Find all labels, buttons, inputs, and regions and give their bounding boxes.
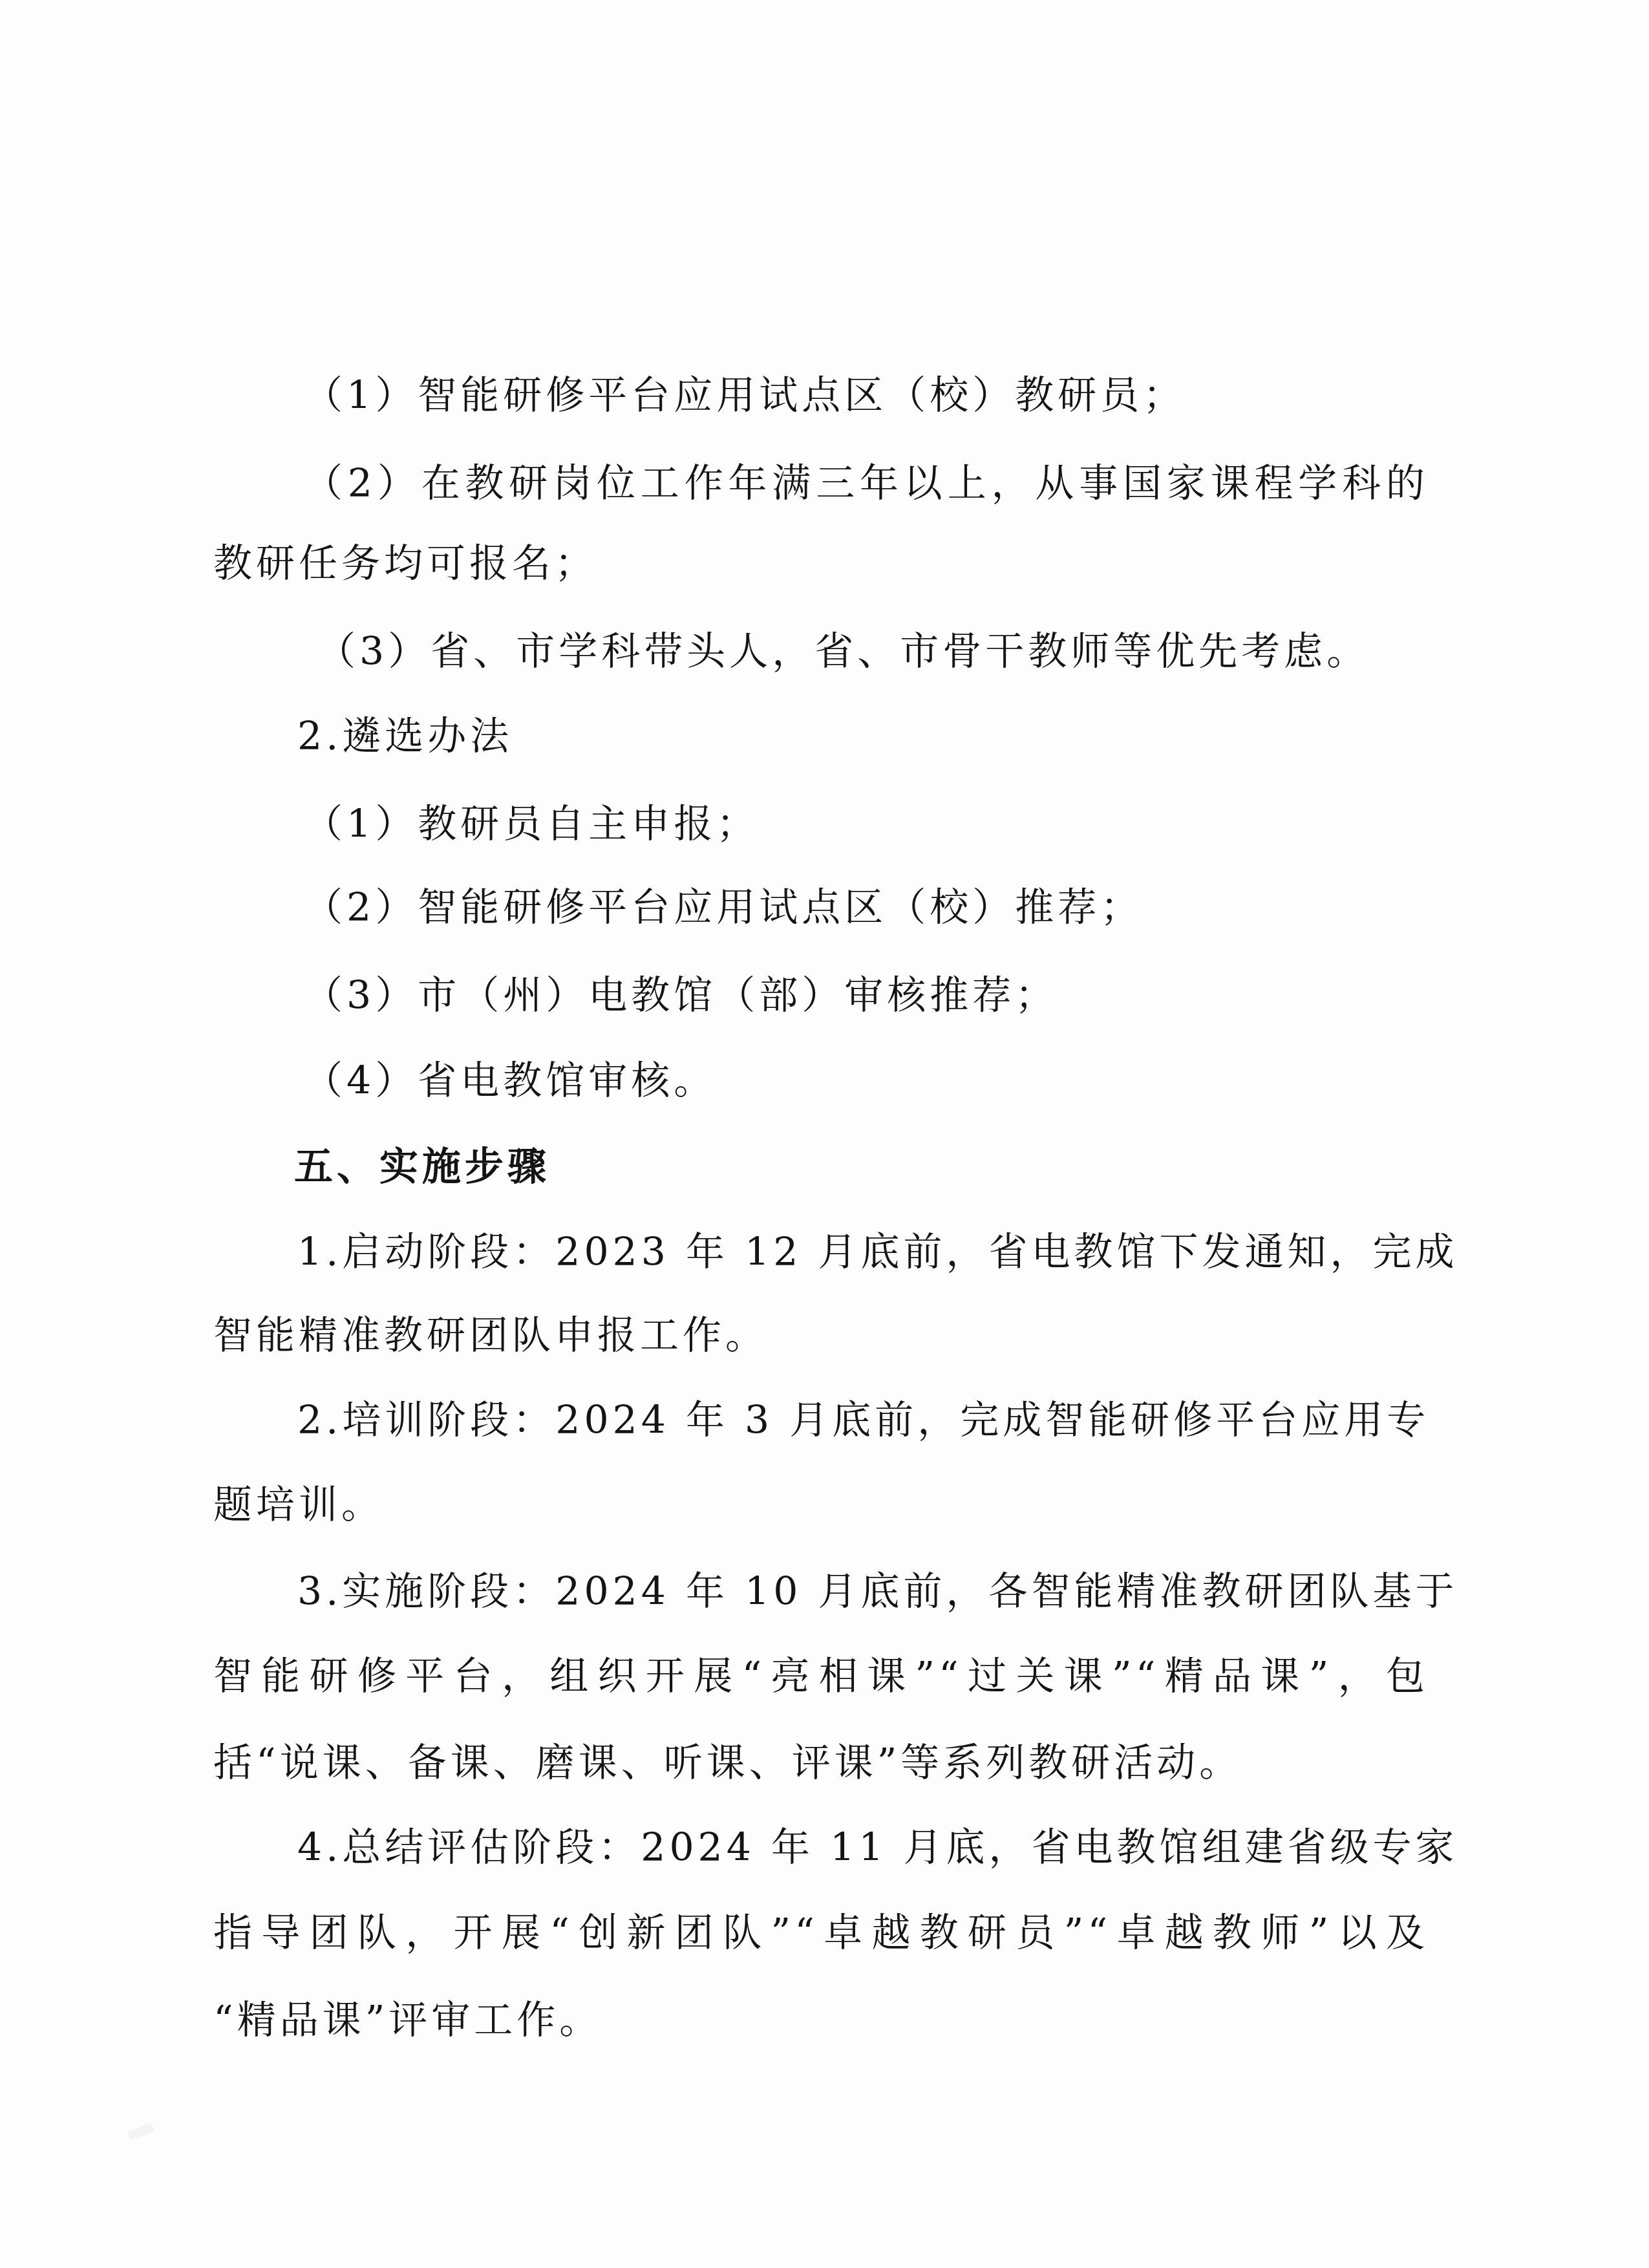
- step-3-line-2: 智能研修平台，组织开展“亮相课”“过关课”“精品课”，包: [213, 1654, 1429, 1699]
- eligibility-item-3: （3）省、市学科带头人，省、市骨干教师等优先考虑。: [317, 629, 1532, 674]
- step-4-line-2: 指导团队，开展“创新团队”“卓越教研员”“卓越教师”以及: [213, 1910, 1429, 1956]
- document-page: （1）智能研修平台应用试点区（校）教研员； （2）在教研岗位工作年满三年以上，从…: [0, 0, 1649, 2268]
- selection-heading: 2.遴选办法: [297, 714, 1513, 759]
- section-heading: 五、实施步骤: [294, 1144, 1509, 1190]
- eligibility-item-1: （1）智能研修平台应用试点区（校）教研员；: [304, 373, 1519, 418]
- eligibility-item-2: （2）在教研岗位工作年满三年以上，从事国家课程学科的: [304, 461, 1429, 506]
- step-4-line-1: 4.总结评估阶段：2024 年 11 月底，省电教馆组建省级专家: [297, 1825, 1429, 1870]
- selection-item-1: （1）教研员自主申报；: [304, 802, 1519, 847]
- selection-item-4: （4）省电教馆审核。: [304, 1058, 1519, 1104]
- eligibility-item-2-continued: 教研任务均可报名；: [213, 541, 1429, 586]
- step-1-line-2: 智能精准教研团队申报工作。: [213, 1313, 1429, 1358]
- step-2-line-1: 2.培训阶段：2024 年 3 月底前，完成智能研修平台应用专: [297, 1398, 1422, 1443]
- step-2-line-2: 题培训。: [213, 1482, 1429, 1528]
- selection-item-3: （3）市（州）电教馆（部）审核推荐；: [304, 973, 1519, 1018]
- scan-artifact: [127, 2123, 154, 2141]
- step-1-line-1: 1.启动阶段：2023 年 12 月底前，省电教馆下发通知，完成: [297, 1230, 1429, 1275]
- step-3-line-1: 3.实施阶段：2024 年 10 月底前，各智能精准教研团队基于: [297, 1569, 1429, 1614]
- step-4-line-3: “精品课”评审工作。: [213, 1998, 1429, 2043]
- step-3-line-3: 括“说课、备课、磨课、听课、评课”等系列教研活动。: [213, 1740, 1429, 1786]
- selection-item-2: （2）智能研修平台应用试点区（校）推荐；: [304, 885, 1519, 930]
